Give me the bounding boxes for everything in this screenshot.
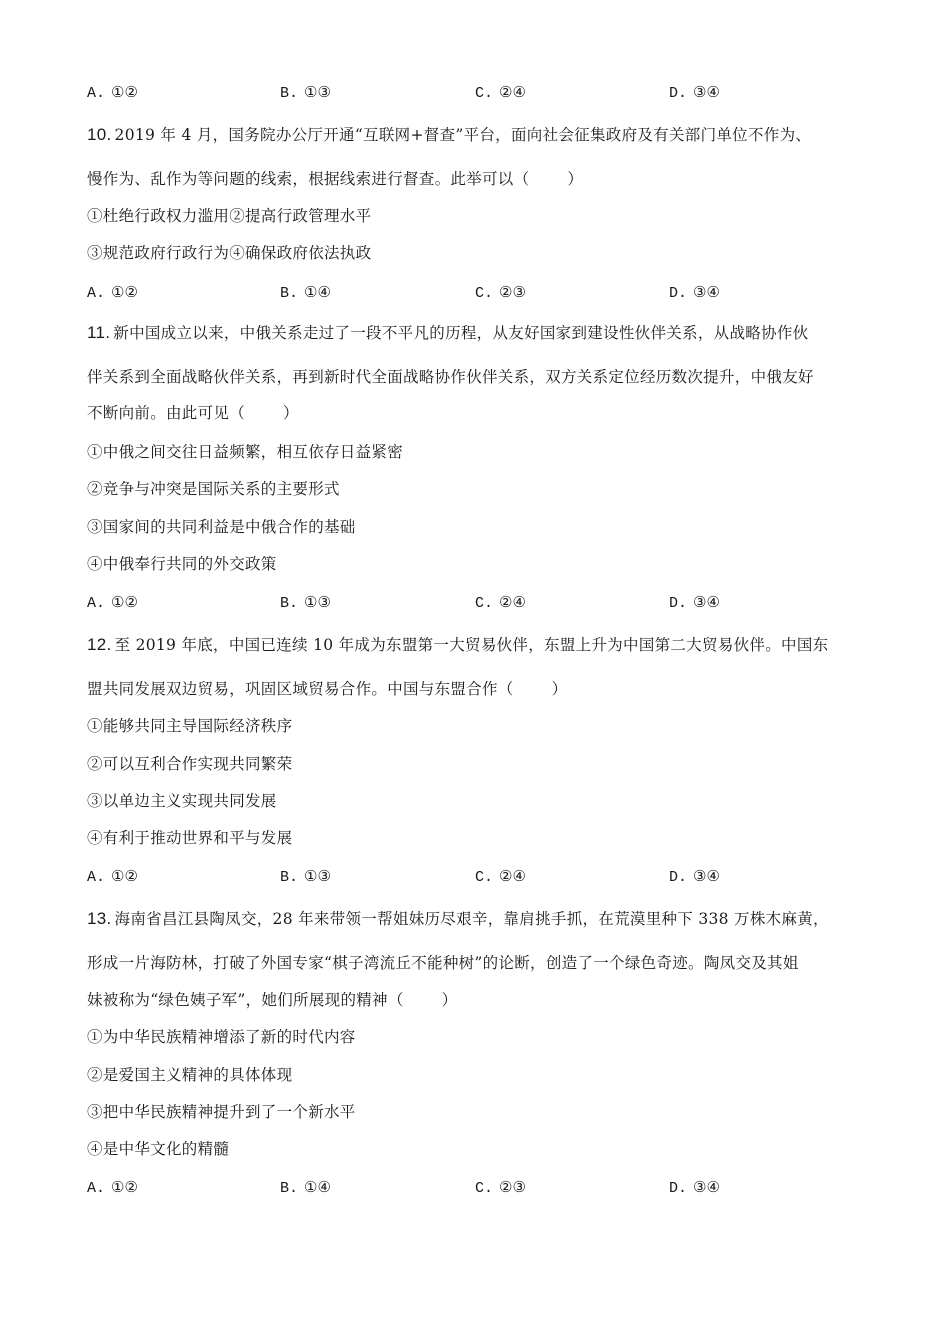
option-d: D.③④ xyxy=(669,866,720,888)
statement: ④是中华文化的精髓 xyxy=(87,1139,229,1159)
question-stem-line: 10.2019 年 4 月，国务院办公厅开通“互联网+督查”平台，面向社会征集政… xyxy=(87,125,811,145)
question-stem-line: 11.新中国成立以来，中俄关系走过了一段不平凡的历程，从友好国家到建设性伙伴关系… xyxy=(87,323,808,343)
statement: ②竞争与冲突是国际关系的主要形式 xyxy=(87,479,340,499)
option-c: C.②③ xyxy=(475,282,526,304)
statement: ②是爱国主义精神的具体体现 xyxy=(87,1065,292,1085)
question-stem-line: 伴关系到全面战略伙伴关系，再到新时代全面战略协作伙伴关系，双方关系定位经历数次提… xyxy=(87,367,814,387)
option-d: D.③④ xyxy=(669,82,720,104)
option-b: B.①④ xyxy=(280,282,331,304)
statement: ③把中华民族精神提升到了一个新水平 xyxy=(87,1102,356,1122)
statement: ④中俄奉行共同的外交政策 xyxy=(87,554,277,574)
option-b: B.①④ xyxy=(280,1177,331,1199)
question-stem-line: 慢作为、乱作为等问题的线索，根据线索进行督查。此举可以（） xyxy=(87,169,583,189)
option-d: D.③④ xyxy=(669,592,720,614)
statement: ②可以互利合作实现共同繁荣 xyxy=(87,754,292,774)
option-b: B.①③ xyxy=(280,866,331,888)
statement: ①杜绝行政权力滥用②提高行政管理水平 xyxy=(87,206,371,226)
option-d: D.③④ xyxy=(669,282,720,304)
option-a: A.①② xyxy=(87,282,138,304)
statement: ③国家间的共同利益是中俄合作的基础 xyxy=(87,517,356,537)
option-b: B.①③ xyxy=(280,592,331,614)
option-c: C.②③ xyxy=(475,1177,526,1199)
question-stem-line: 13.海南省昌江县陶凤交，28 年来带领一帮姐妹历尽艰辛，靠肩挑手抓，在荒漠里种… xyxy=(87,909,829,929)
option-c: C.②④ xyxy=(475,866,526,888)
option-a: A.①② xyxy=(87,82,138,104)
option-d: D.③④ xyxy=(669,1177,720,1199)
option-a: A.①② xyxy=(87,866,138,888)
statement: ①为中华民族精神增添了新的时代内容 xyxy=(87,1027,356,1047)
question-stem-line: 盟共同发展双边贸易，巩固区域贸易合作。中国与东盟合作（） xyxy=(87,679,567,699)
statement: ③以单边主义实现共同发展 xyxy=(87,791,277,811)
statement: ①能够共同主导国际经济秩序 xyxy=(87,716,292,736)
question-stem-line: 不断向前。由此可见（） xyxy=(87,403,299,423)
option-a: A.①② xyxy=(87,592,138,614)
question-stem-line: 12.至 2019 年底，中国已连续 10 年成为东盟第一大贸易伙伴，东盟上升为… xyxy=(87,635,828,655)
option-c: C.②④ xyxy=(475,592,526,614)
option-c: C.②④ xyxy=(475,82,526,104)
question-stem-line: 妹被称为“绿色姨子军”，她们所展现的精神（） xyxy=(87,990,457,1010)
option-b: B.①③ xyxy=(280,82,331,104)
statement: ④有利于推动世界和平与发展 xyxy=(87,828,292,848)
question-stem-line: 形成一片海防林，打破了外国专家“棋子湾流丘不能种树”的论断，创造了一个绿色奇迹。… xyxy=(87,953,799,973)
option-a: A.①② xyxy=(87,1177,138,1199)
statement: ①中俄之间交往日益频繁，相互依存日益紧密 xyxy=(87,442,403,462)
statement: ③规范政府行政行为④确保政府依法执政 xyxy=(87,243,371,263)
